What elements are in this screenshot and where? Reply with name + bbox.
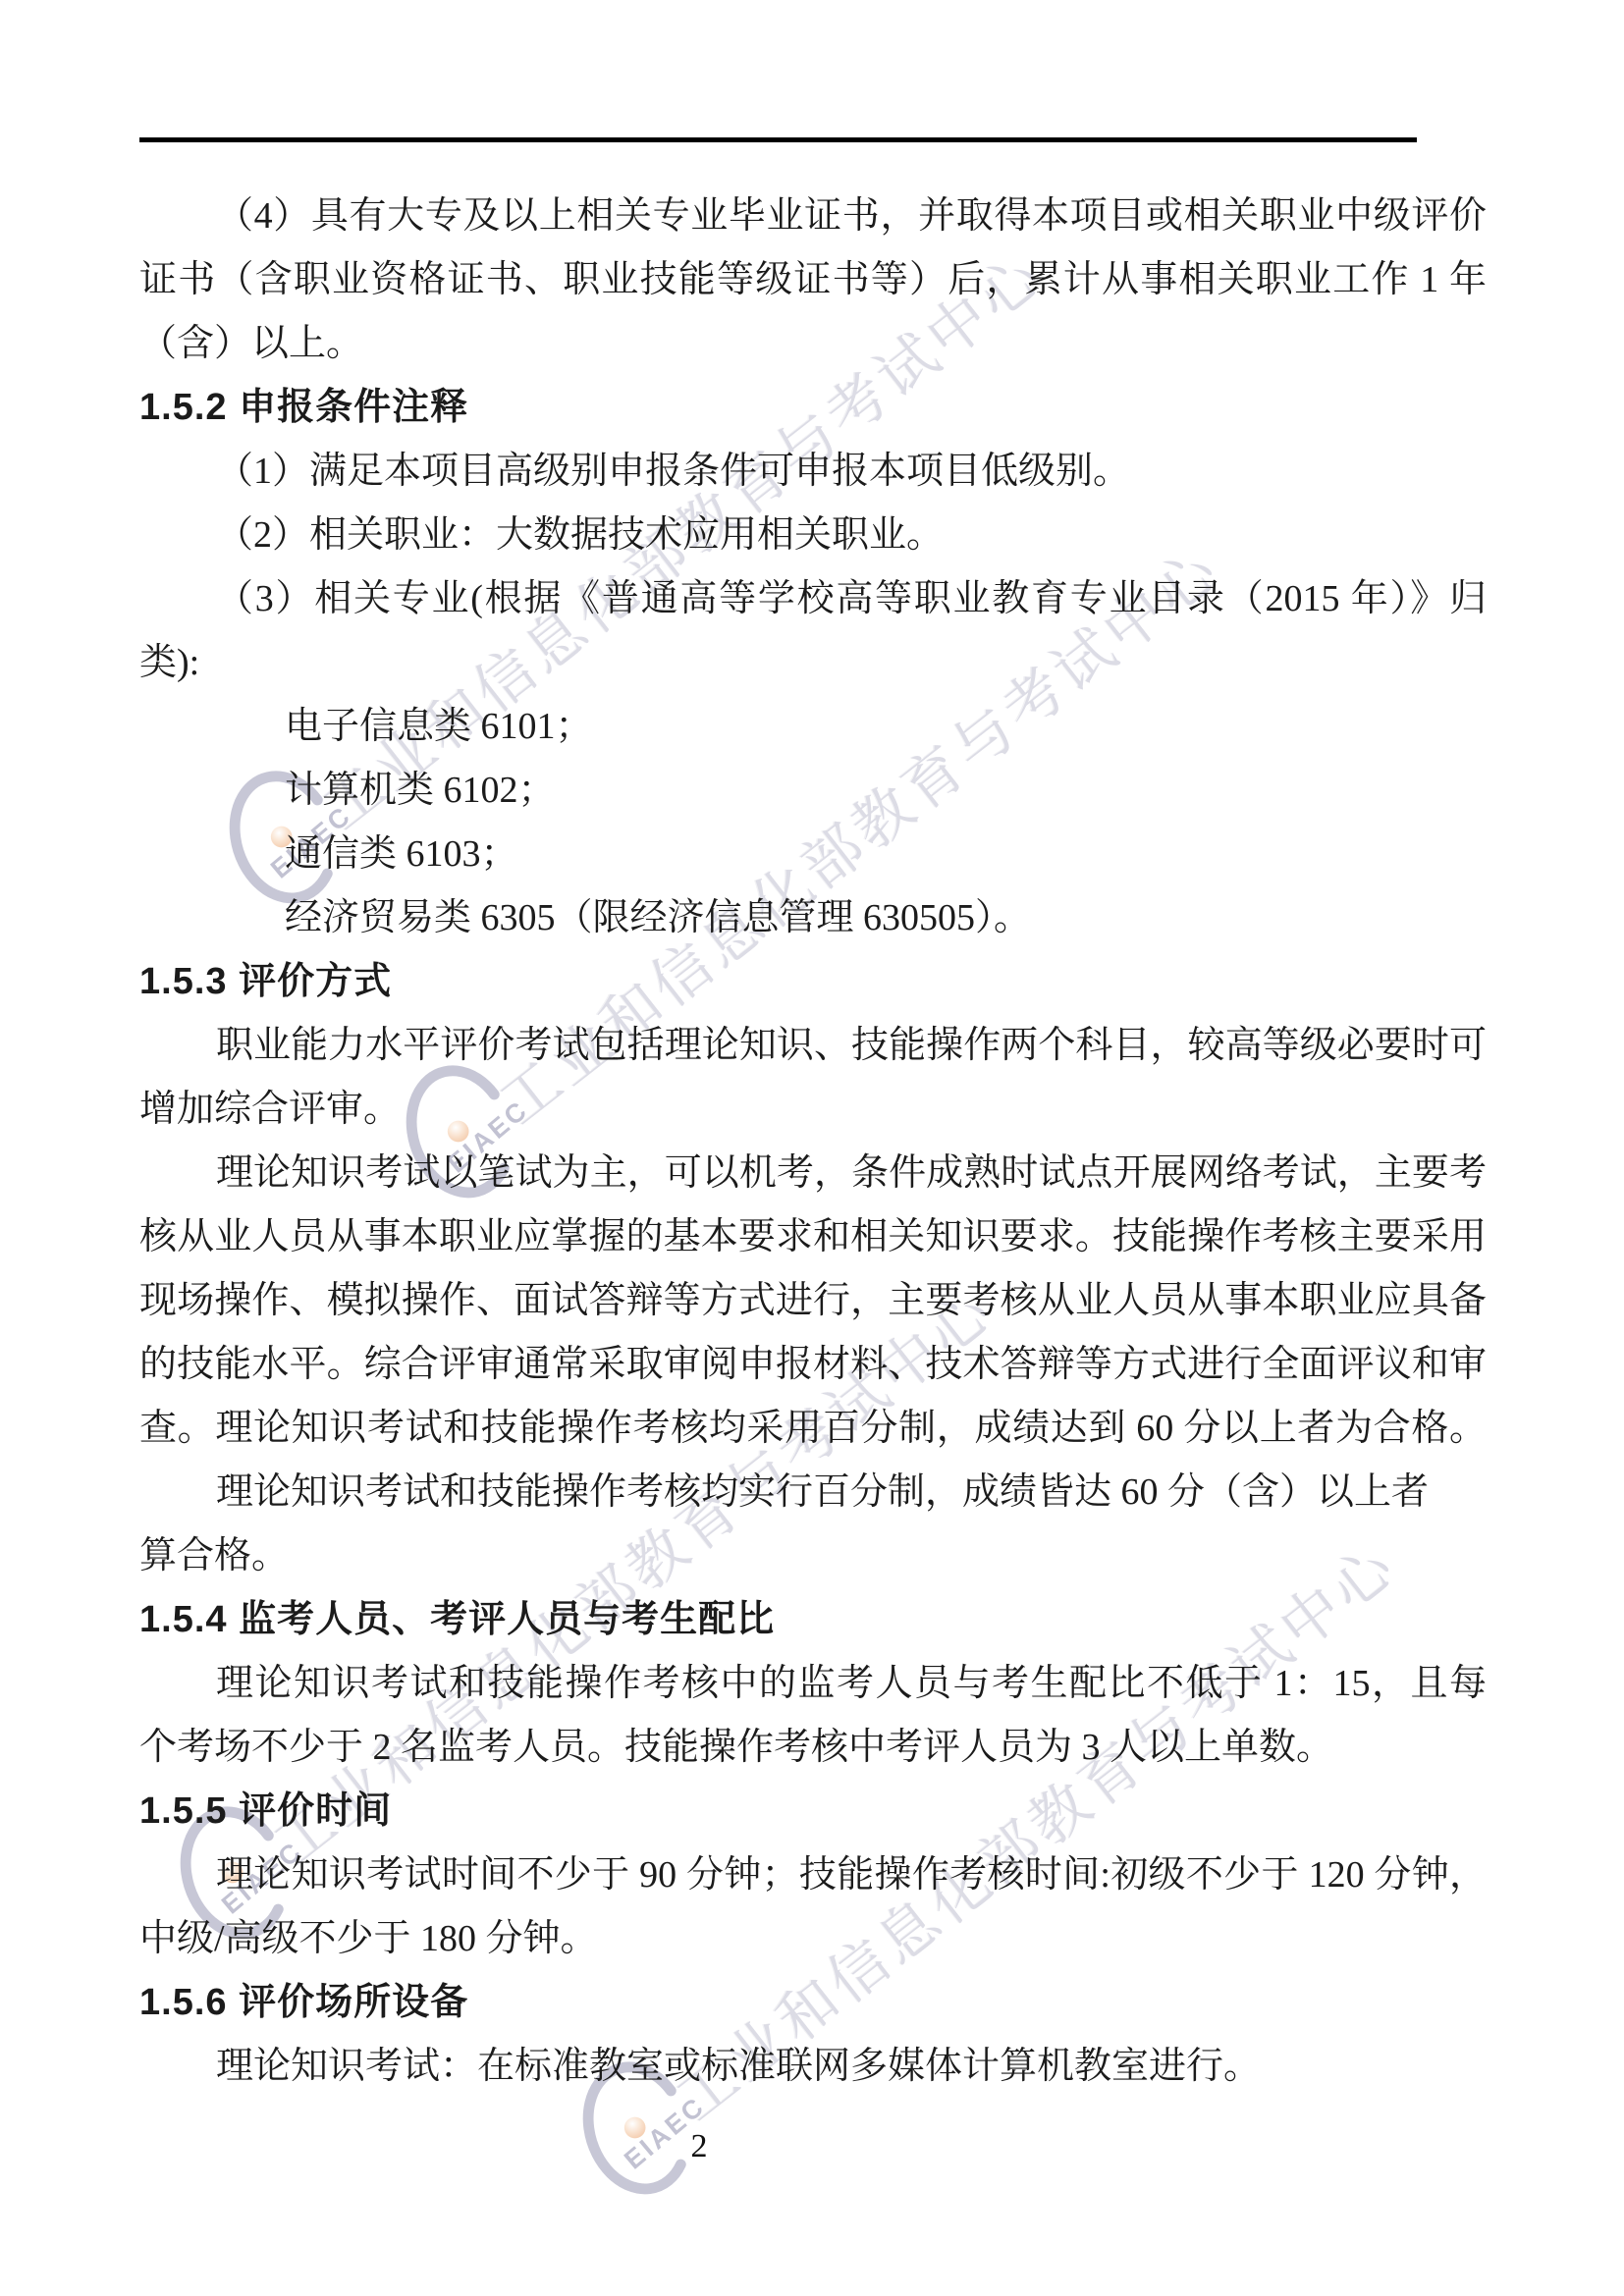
list-item: 经济贸易类 6305（限经济信息管理 630505）。 xyxy=(139,886,1487,950)
text-line: 证书（含职业资格证书、职业技能等级证书等）后，累计从事相关职业工作 1 年 xyxy=(139,248,1487,312)
text-line: 增加综合评审。 xyxy=(139,1078,1487,1142)
list-item: 电子信息类 6101； xyxy=(139,695,1487,759)
list-item: 通信类 6103； xyxy=(139,823,1487,886)
text-line: 现场操作、模拟操作、面试答辩等方式进行，主要考核从业人员从事本职业应具备 xyxy=(139,1269,1487,1333)
text-line: 的技能水平。综合评审通常采取审阅申报材料、技术答辩等方式进行全面评议和审 xyxy=(139,1333,1487,1397)
text-line: 理论知识考试：在标准教室或标准联网多媒体计算机教室进行。 xyxy=(139,2035,1487,2099)
text-line: （1）满足本项目高级别申报条件可申报本项目低级别。 xyxy=(139,440,1487,504)
text-line: 个考场不少于 2 名监考人员。技能操作考核中考评人员为 3 人以上单数。 xyxy=(139,1716,1487,1780)
header-rule xyxy=(139,137,1417,142)
section-heading-1-5-4: 1.5.4 监考人员、考评人员与考生配比 xyxy=(139,1588,1487,1652)
text-line: （含）以上。 xyxy=(139,312,1487,376)
text-line: （2）相关职业：大数据技术应用相关职业。 xyxy=(139,504,1487,567)
text-line: 理论知识考试时间不少于 90 分钟；技能操作考核时间:初级不少于 120 分钟， xyxy=(139,1843,1487,1907)
text-line: 核从业人员从事本职业应掌握的基本要求和相关知识要求。技能操作考核主要采用 xyxy=(139,1205,1487,1269)
section-heading-1-5-5: 1.5.5 评价时间 xyxy=(139,1780,1487,1843)
text-line: 算合格。 xyxy=(139,1524,1487,1588)
section-heading-1-5-6: 1.5.6 评价场所设备 xyxy=(139,1971,1487,2035)
page-number: 2 xyxy=(660,2128,738,2165)
text-line: 职业能力水平评价考试包括理论知识、技能操作两个科目，较高等级必要时可 xyxy=(139,1014,1487,1078)
text-line: 中级/高级不少于 180 分钟。 xyxy=(139,1907,1487,1971)
text-line: （4）具有大专及以上相关专业毕业证书，并取得本项目或相关职业中级评价 xyxy=(139,185,1487,248)
text-line: 理论知识考试和技能操作考核均实行百分制，成绩皆达 60 分（含）以上者 xyxy=(139,1461,1487,1524)
text-line: 类): xyxy=(139,631,1487,695)
section-heading-1-5-2: 1.5.2 申报条件注释 xyxy=(139,376,1487,440)
text-line: 理论知识考试和技能操作考核中的监考人员与考生配比不低于 1：15，且每 xyxy=(139,1652,1487,1716)
text-line: （3）相关专业(根据《普通高等学校高等职业教育专业目录（2015 年）》归 xyxy=(139,567,1487,631)
list-item: 计算机类 6102； xyxy=(139,759,1487,823)
section-heading-1-5-3: 1.5.3 评价方式 xyxy=(139,950,1487,1014)
text-line: 查。理论知识考试和技能操作考核均采用百分制，成绩达到 60 分以上者为合格。 xyxy=(139,1397,1487,1461)
document-body: （4）具有大专及以上相关专业毕业证书，并取得本项目或相关职业中级评价 证书（含职… xyxy=(139,185,1487,2099)
text-line: 理论知识考试以笔试为主，可以机考，条件成熟时试点开展网络考试，主要考 xyxy=(139,1142,1487,1205)
document-page: EIAEC 工业和信息化部教育与考试中心 EIAEC 工业和信息化部教育与考试中… xyxy=(0,0,1624,2296)
